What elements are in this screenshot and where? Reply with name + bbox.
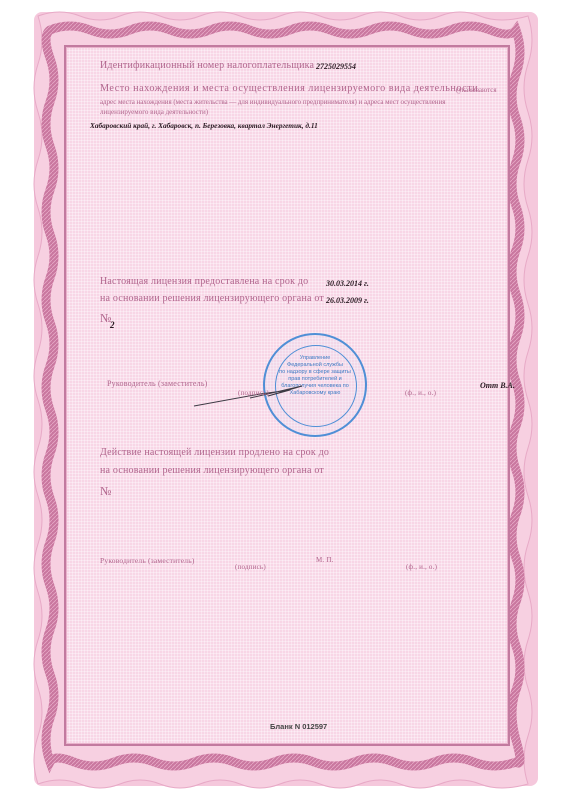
blank-number: Бланк N 012597 bbox=[270, 722, 327, 731]
signature-label: (подпись) bbox=[238, 389, 269, 397]
head-label: Руководитель (заместитель) bbox=[107, 379, 208, 388]
extension-decision-label: на основании решения лицензирующего орга… bbox=[100, 465, 324, 476]
taxpayer-id-label: Идентификационный номер налогоплательщик… bbox=[100, 60, 314, 71]
extension-signature-label: (подпись) bbox=[235, 563, 266, 571]
taxpayer-id-value: 2725029554 bbox=[316, 62, 356, 71]
location-value: Хабаровский край, г. Хабаровск, п. Берез… bbox=[90, 121, 318, 130]
decision-date-label: на основании решения лицензирующего орга… bbox=[100, 293, 324, 304]
fio-label: (ф., и., о.) bbox=[405, 389, 436, 397]
extension-head-label: Руководитель (заместитель) bbox=[100, 556, 195, 565]
license-term-value: 30.03.2014 г. bbox=[326, 279, 369, 288]
extension-seal-label: М. П. bbox=[316, 556, 334, 564]
extension-number-label: № bbox=[100, 484, 111, 499]
location-label-line2: адрес места нахождения (места жительства… bbox=[100, 98, 445, 106]
license-page: Идентификационный номер налогоплательщик… bbox=[0, 0, 566, 800]
license-term-label: Настоящая лицензия предоставлена на срок… bbox=[100, 276, 308, 287]
head-name: Отт В.А. bbox=[480, 381, 515, 390]
decision-date-value: 26.03.2009 г. bbox=[326, 296, 369, 305]
location-label-note: (указываются bbox=[456, 86, 497, 94]
location-label-line3: лицензируемого вида деятельности) bbox=[100, 108, 208, 116]
extension-term-label: Действие настоящей лицензии продлено на … bbox=[100, 447, 329, 458]
decision-number-value: 2 bbox=[110, 320, 115, 330]
location-label: Место нахождения и места осуществления л… bbox=[100, 83, 478, 94]
extension-fio-label: (ф., и., о.) bbox=[406, 563, 437, 571]
